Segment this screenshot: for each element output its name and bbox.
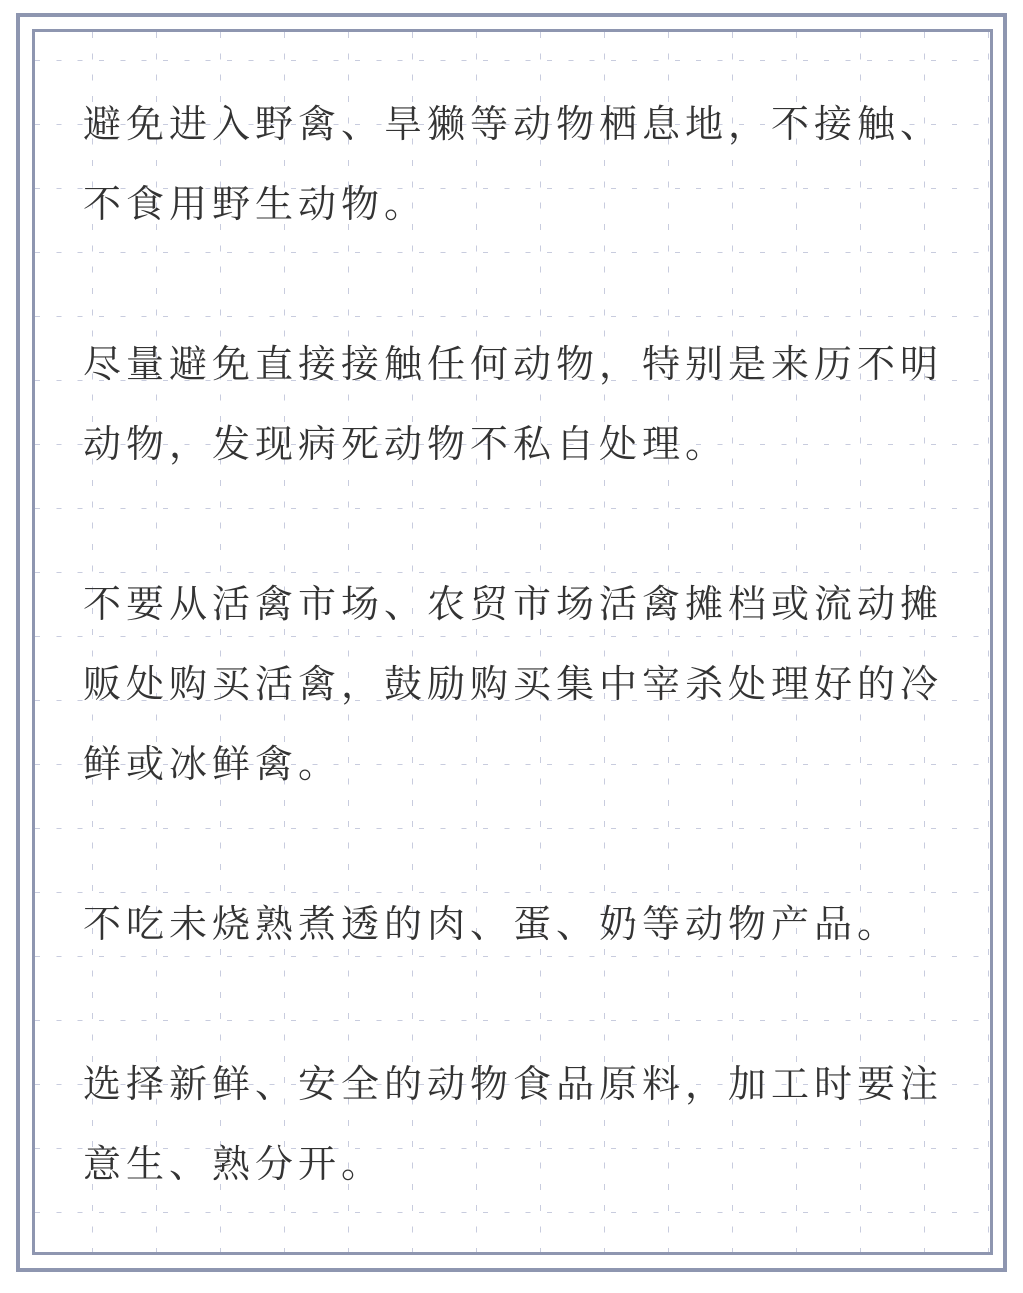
paragraph-live-poultry-market: 不要从活禽市场、农贸市场活禽摊档或流动摊贩处购买活禽，鼓励购买集中宰杀处理好的冷… xyxy=(83,564,963,804)
paragraph-avoid-animal-contact: 尽量避免直接接触任何动物，特别是来历不明动物，发现病死动物不私自处理。 xyxy=(83,324,963,484)
paragraph-cook-thoroughly: 不吃未烧熟煮透的肉、蛋、奶等动物产品。 xyxy=(83,884,963,964)
grid-line-vertical xyxy=(988,32,989,1252)
grid-line-horizontal xyxy=(35,60,990,61)
paragraph-fresh-safe-ingredients: 选择新鲜、安全的动物食品原料，加工时要注意生、熟分开。 xyxy=(83,1044,963,1204)
text-content: 避免进入野禽、旱獭等动物栖息地，不接触、不食用野生动物。 尽量避免直接接触任何动… xyxy=(83,84,963,1255)
inner-frame: 避免进入野禽、旱獭等动物栖息地，不接触、不食用野生动物。 尽量避免直接接触任何动… xyxy=(32,29,993,1255)
paragraph-wildlife-habitat: 避免进入野禽、旱獭等动物栖息地，不接触、不食用野生动物。 xyxy=(83,84,963,244)
